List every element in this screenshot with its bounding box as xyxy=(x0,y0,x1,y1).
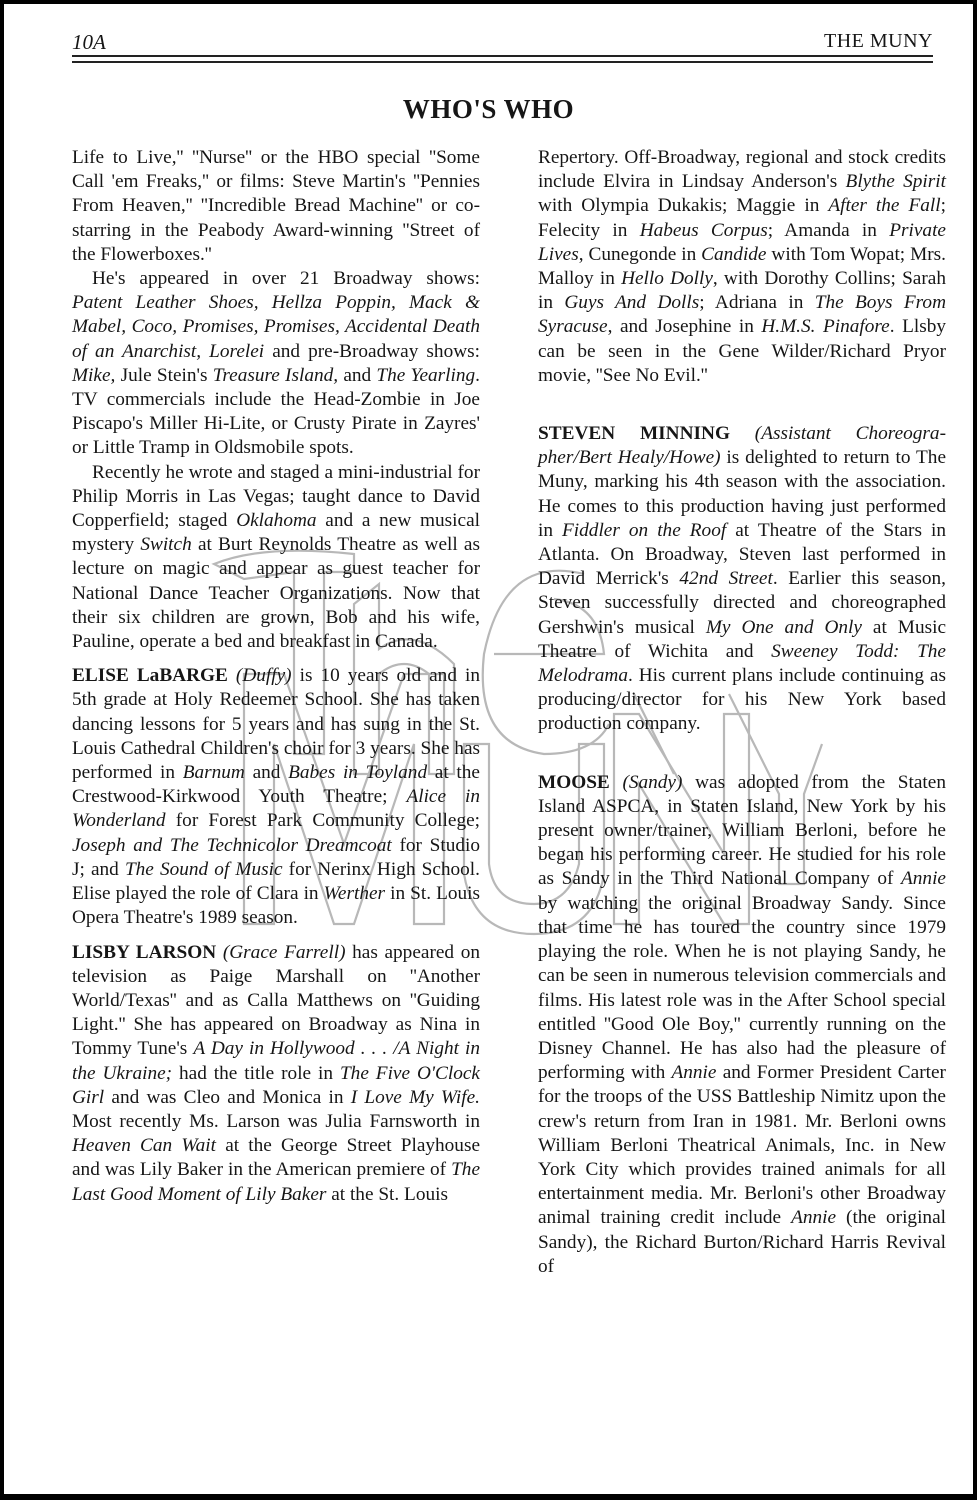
title-italic: Blythe Spirit xyxy=(846,171,946,192)
text-run: Most recently Ms. Larson was Julia Farns… xyxy=(72,1111,480,1132)
body-paragraph: Life to Live,'' ''Nurse'' or the HBO spe… xyxy=(72,146,480,267)
title-italic: Oklahoma xyxy=(236,510,316,531)
text-run: and xyxy=(338,365,376,386)
text-run xyxy=(610,772,623,793)
title-italic: Guys And Dolls xyxy=(564,292,699,313)
title-italic: 42nd Street xyxy=(679,568,772,589)
header-rule-top xyxy=(72,55,933,57)
text-run xyxy=(216,942,223,963)
body-paragraph: Repertory. Off-Broadway, regional and st… xyxy=(538,146,946,388)
text-run: and pre-Broadway shows: xyxy=(264,341,480,362)
text-run: by watching the original Broadway Sandy.… xyxy=(538,893,946,1083)
title-italic: Habeus Corpus xyxy=(640,220,768,241)
title-italic: Fid­dler on the Roof xyxy=(562,520,726,541)
bio-name: ELISE LaBARGE xyxy=(72,665,228,686)
title-italic: (Duffy) xyxy=(236,665,292,686)
text-run: had the title role in xyxy=(172,1063,340,1084)
title-italic: (Grace Farrell) xyxy=(223,942,346,963)
title-italic: Switch xyxy=(140,534,191,555)
body-paragraph: He's appeared in over 21 Broadway shows:… xyxy=(72,267,480,461)
document-page: 10A THE MUNY WHO'S WHO Life to Live,'' '… xyxy=(4,4,973,1494)
title-italic: Annie xyxy=(791,1207,836,1228)
title-italic: The Yearling xyxy=(376,365,475,386)
text-run: for Forest Park Community College; xyxy=(166,810,480,831)
title-italic: (Sandy) xyxy=(622,772,682,793)
text-run xyxy=(730,423,755,444)
title-italic: After the Fall xyxy=(828,195,940,216)
text-run: and xyxy=(245,762,288,783)
bio-name: MOOSE xyxy=(538,772,610,793)
right-column: Repertory. Off-Broadway, regional and st… xyxy=(538,146,946,1279)
bio-paragraph: ELISE LaBARGE (Duffy) is 10 years old an… xyxy=(72,664,480,930)
bio-paragraph: MOOSE (Sandy) was adopted from the State… xyxy=(538,771,946,1279)
text-run: , and Josephine in xyxy=(608,316,762,337)
title-italic: Annie xyxy=(672,1062,717,1083)
title-italic: Hello Dolly xyxy=(621,268,713,289)
page-number: 10A xyxy=(72,30,106,55)
bio-paragraph: STEVEN MINNING (Assistant Choreogra­pher… xyxy=(538,422,946,737)
bio-name: LISBY LARSON xyxy=(72,942,216,963)
text-run: Life to Live,'' ''Nurse'' or the HBO spe… xyxy=(72,147,480,265)
title-italic: Joseph and The Technicolor Dreamcoat xyxy=(72,835,392,856)
bio-paragraph: LISBY LARSON (Grace Farrell) has appeare… xyxy=(72,941,480,1207)
title-italic: Heaven Can Wait xyxy=(72,1135,216,1156)
text-run: with Olympia Dukakis; Maggie in xyxy=(538,195,828,216)
text-run: He's appeared in over 21 Broadway shows: xyxy=(92,268,480,289)
left-column: Life to Live,'' ''Nurse'' or the HBO spe… xyxy=(72,146,480,1207)
title-italic: Annie xyxy=(901,868,946,889)
bio-name: STEVEN MINNING xyxy=(538,423,730,444)
header-rule-bottom xyxy=(72,61,933,63)
title-italic: I Love My Wife. xyxy=(351,1087,480,1108)
text-run: ; Amanda in xyxy=(768,220,890,241)
title-italic: Babes in Toyland xyxy=(288,762,427,783)
title-italic: The Sound of Music xyxy=(125,859,283,880)
text-run: and was Cleo and Monica in xyxy=(104,1087,351,1108)
text-run: ; Adriana in xyxy=(699,292,815,313)
text-run xyxy=(228,665,236,686)
title-italic: My One and Only xyxy=(706,617,862,638)
publication-name: THE MUNY xyxy=(824,30,933,53)
body-paragraph: Recently he wrote and staged a mini-indu… xyxy=(72,461,480,655)
text-run: and Former President Carter for the troo… xyxy=(538,1062,946,1228)
title-italic: Barnum xyxy=(183,762,245,783)
text-run: Jule Stein's xyxy=(115,365,212,386)
title-italic: Candide xyxy=(701,244,766,265)
title-italic: Treasure Island, xyxy=(213,365,338,386)
text-run: , Cunegonde in xyxy=(579,244,701,265)
page-title: WHO'S WHO xyxy=(4,94,973,125)
title-italic: Mike, xyxy=(72,365,115,386)
text-run: at the St. Louis xyxy=(326,1184,448,1205)
title-italic: H.M.S. Pinafore xyxy=(761,316,889,337)
title-italic: Werther xyxy=(324,883,385,904)
